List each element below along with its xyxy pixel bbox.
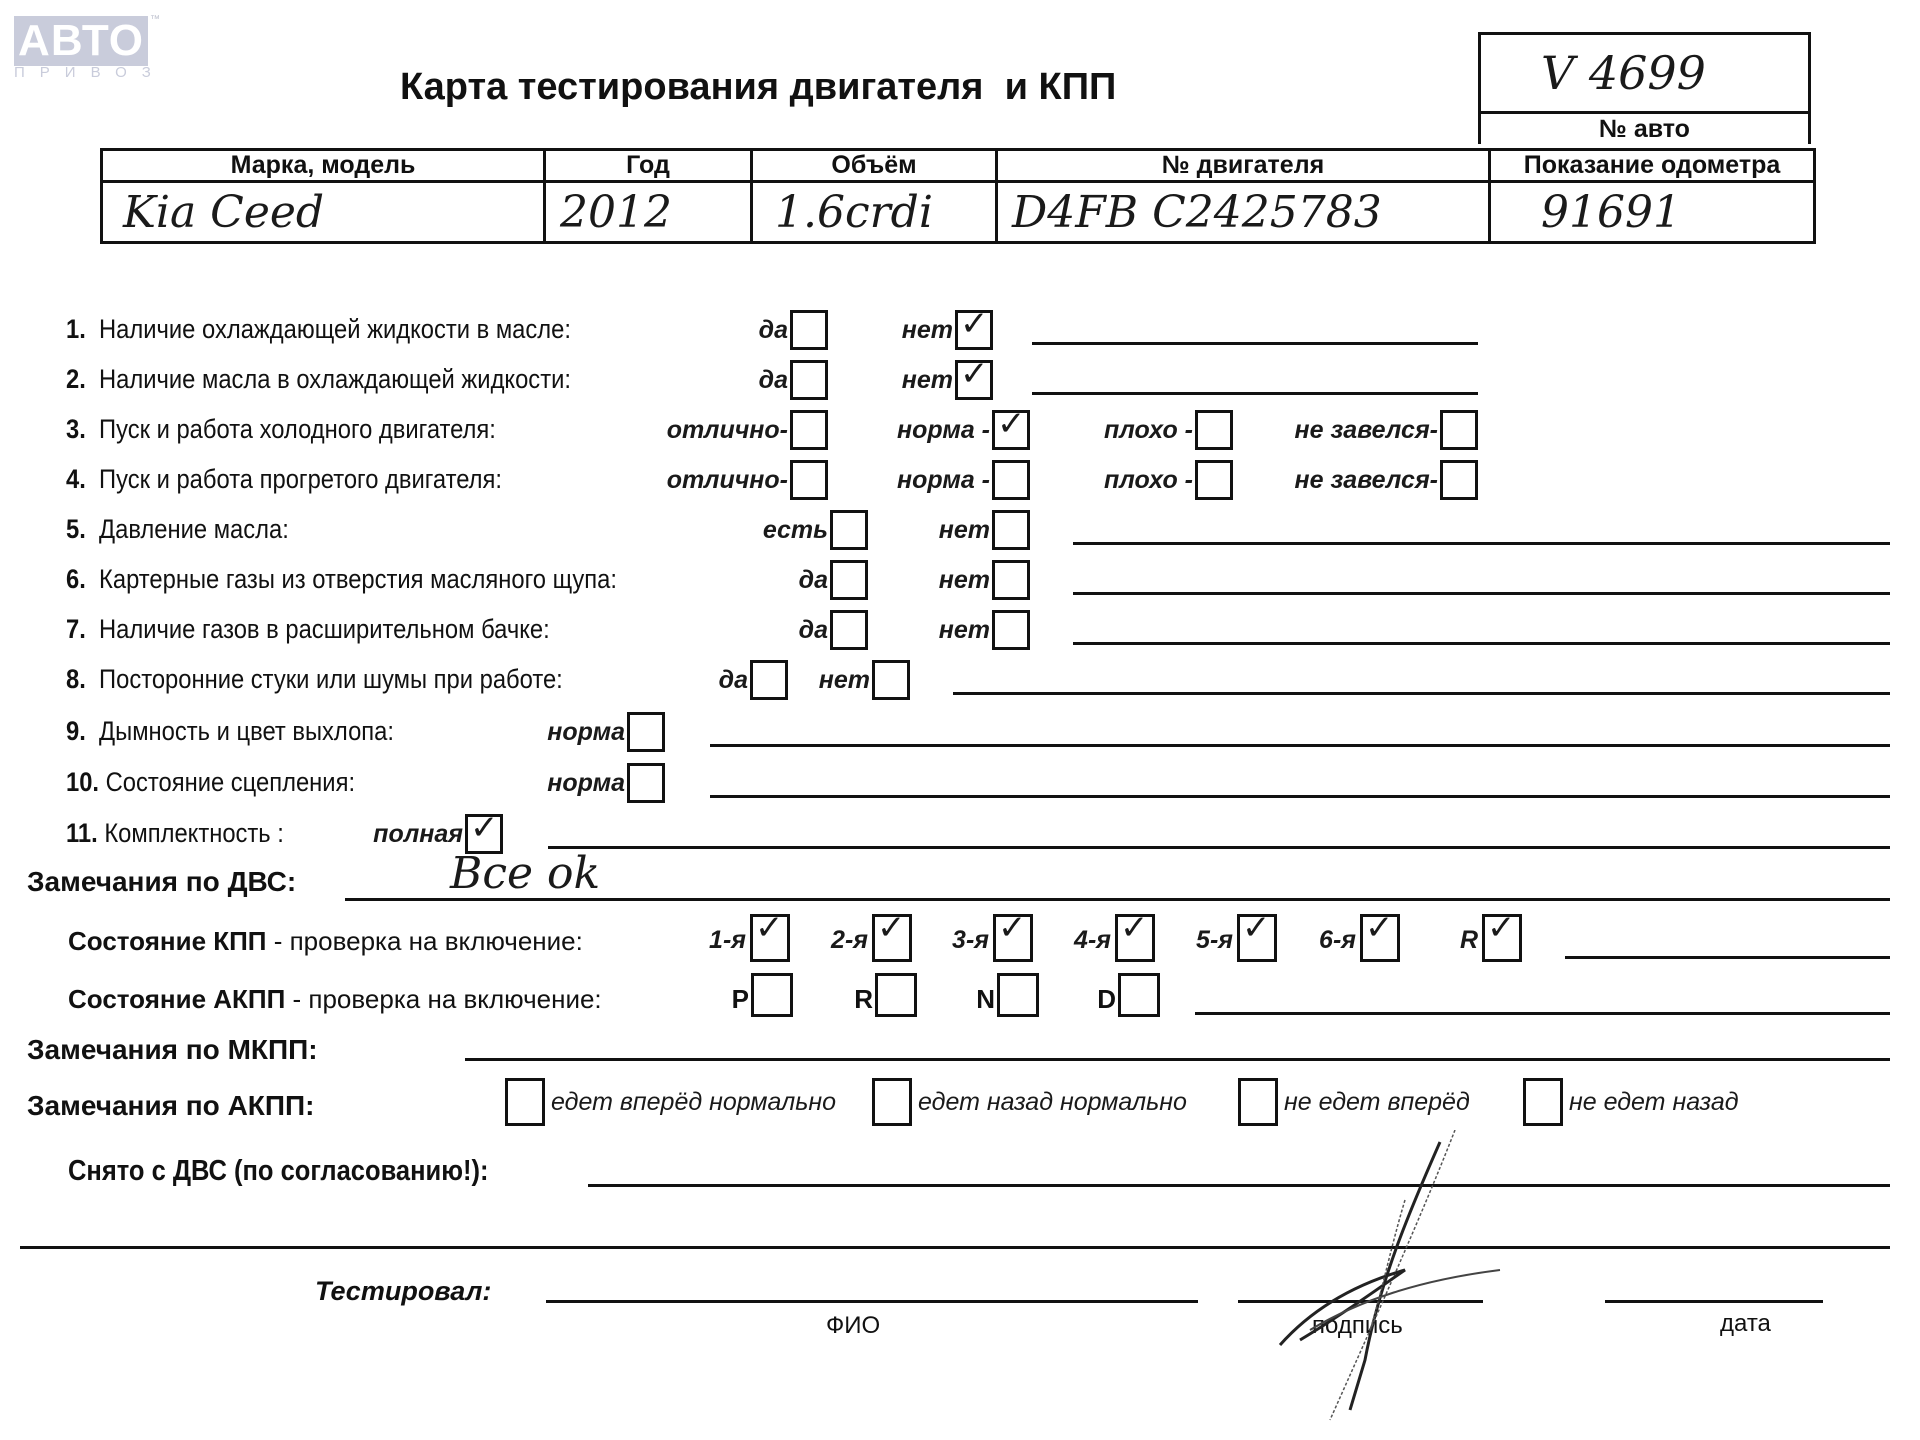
position-label: N — [976, 984, 995, 1015]
gear-checkbox[interactable]: ✓ — [1115, 914, 1155, 962]
checklist-label: 4. Пуск и работа прогретого двигателя: — [66, 464, 502, 495]
gear-label: 3-я — [952, 926, 989, 955]
option-label: нет — [939, 516, 990, 545]
item-number: 4. — [66, 464, 99, 494]
option-checkbox[interactable] — [1195, 410, 1233, 450]
option-label: норма — [547, 769, 625, 798]
auto-gearbox-label: Состояние АКПП - проверка на включение: — [68, 984, 602, 1015]
item-number: 8. — [66, 664, 99, 694]
manual-gearbox-label-bold: Состояние КПП — [68, 926, 267, 956]
year-value[interactable]: 2012 — [545, 182, 752, 243]
check-mark-icon: ✓ — [960, 307, 989, 341]
mkpp-remarks-line — [465, 1058, 1890, 1061]
gear-checkbox[interactable]: ✓ — [993, 914, 1033, 962]
item-text: Состояние сцепления: — [106, 767, 355, 797]
logo: АВТО — [14, 16, 148, 66]
akpp-option-label: не едет назад — [1569, 1088, 1739, 1117]
option-checkbox[interactable] — [992, 610, 1030, 650]
option-label: нет — [902, 316, 953, 345]
engine-number-value[interactable]: D4FB C2425783 — [997, 182, 1490, 243]
tested-by-label: Тестировал: — [315, 1276, 491, 1307]
date-caption: дата — [1720, 1310, 1771, 1338]
engine-remarks-label: Замечания по ДВС: — [27, 866, 296, 898]
col-volume: Объём — [752, 150, 997, 182]
check-mark-icon: ✓ — [755, 911, 784, 945]
check-mark-icon: ✓ — [997, 407, 1026, 441]
auto-number-box: V 4699 № авто — [1478, 32, 1811, 144]
checklist-label: 1. Наличие охлаждающей жидкости в масле: — [66, 314, 571, 345]
check-mark-icon: ✓ — [1487, 911, 1516, 945]
logo-subtitle: ПРИВОЗ — [14, 64, 166, 81]
col-odometer: Показание одометра — [1490, 150, 1815, 182]
removed-label: Снято с ДВС (по согласованию!): — [68, 1155, 489, 1188]
check-mark-icon: ✓ — [960, 357, 989, 391]
option-checkbox[interactable] — [830, 610, 868, 650]
item-number: 6. — [66, 564, 99, 594]
section-divider — [20, 1246, 1890, 1249]
option-checkbox[interactable] — [790, 410, 828, 450]
option-checkbox[interactable]: ✓ — [955, 310, 993, 350]
checklist-label: 8. Посторонние стуки или шумы при работе… — [66, 664, 563, 695]
option-label: есть — [763, 516, 828, 545]
item-number: 11. — [66, 818, 104, 848]
item-number: 1. — [66, 314, 99, 344]
comment-line[interactable] — [1032, 342, 1478, 345]
position-label: D — [1097, 984, 1116, 1015]
option-label: нет — [819, 666, 870, 695]
option-label: отлично- — [667, 466, 788, 495]
item-text: Комплектность : — [104, 818, 284, 848]
item-text: Давление масла: — [99, 514, 289, 544]
gear-checkbox[interactable]: ✓ — [1482, 914, 1522, 962]
option-checkbox[interactable] — [992, 460, 1030, 500]
item-number: 7. — [66, 614, 99, 644]
item-number: 3. — [66, 414, 99, 444]
option-checkbox[interactable] — [1195, 460, 1233, 500]
make-model-value[interactable]: Kia Ceed — [102, 182, 545, 243]
option-checkbox[interactable] — [1440, 460, 1478, 500]
manual-gearbox-label-rest: - проверка на включение: — [267, 926, 583, 956]
gear-checkbox[interactable]: ✓ — [1360, 914, 1400, 962]
option-checkbox[interactable] — [830, 510, 868, 550]
option-checkbox[interactable] — [992, 560, 1030, 600]
logo-trademark: ™ — [150, 14, 160, 25]
option-label: да — [799, 566, 828, 595]
item-text: Посторонние стуки или шумы при работе: — [99, 664, 563, 694]
checklist-label: 11. Комплектность : — [66, 818, 284, 849]
gear-label: R — [1460, 926, 1478, 955]
checklist-label: 6. Картерные газы из отверстия масляного… — [66, 564, 617, 595]
gear-checkbox[interactable]: ✓ — [872, 914, 912, 962]
checklist-label: 3. Пуск и работа холодного двигателя: — [66, 414, 496, 445]
gear-label: 2-я — [831, 926, 868, 955]
option-label: норма — [547, 718, 625, 747]
option-checkbox[interactable] — [750, 660, 788, 700]
check-mark-icon: ✓ — [1365, 911, 1394, 945]
akpp-option-label: не едет вперёд — [1284, 1088, 1470, 1117]
option-label: нет — [939, 616, 990, 645]
comment-line[interactable] — [1073, 642, 1890, 645]
removed-line — [588, 1184, 1890, 1187]
item-text: Наличие масла в охлаждающей жидкости: — [99, 364, 571, 394]
odometer-value[interactable]: 91691 — [1490, 182, 1815, 243]
checklist-label: 2. Наличие масла в охлаждающей жидкости: — [66, 364, 571, 395]
option-checkbox[interactable]: ✓ — [955, 360, 993, 400]
option-label: плохо - — [1104, 416, 1193, 445]
auto-gearbox-label-rest: - проверка на включение: — [285, 984, 601, 1014]
comment-line[interactable] — [1073, 592, 1890, 595]
option-checkbox[interactable] — [790, 460, 828, 500]
gear-checkbox[interactable]: ✓ — [1237, 914, 1277, 962]
engine-remarks-value[interactable]: Все ok — [450, 848, 600, 899]
check-mark-icon: ✓ — [1120, 911, 1149, 945]
fio-caption: ФИО — [826, 1312, 880, 1340]
position-checkbox[interactable] — [875, 973, 917, 1017]
akpp-option-checkbox[interactable] — [1523, 1078, 1563, 1126]
auto-gearbox-line — [1195, 1012, 1890, 1015]
gear-label: 1-я — [709, 926, 746, 955]
check-mark-icon: ✓ — [998, 911, 1027, 945]
item-text: Дымность и цвет выхлопа: — [99, 716, 394, 746]
option-checkbox[interactable] — [1440, 410, 1478, 450]
auto-number-label: № авто — [1481, 114, 1808, 144]
gear-label: 4-я — [1074, 926, 1111, 955]
mkpp-remarks-label: Замечания по МКПП: — [27, 1034, 318, 1066]
vehicle-info-table: Марка, модель Год Объём № двигателя Пока… — [100, 148, 1816, 244]
gear-checkbox[interactable]: ✓ — [750, 914, 790, 962]
fio-line[interactable] — [546, 1300, 1198, 1303]
item-text: Картерные газы из отверстия масляного щу… — [99, 564, 617, 594]
position-checkbox[interactable] — [751, 973, 793, 1017]
item-text: Пуск и работа прогретого двигателя: — [99, 464, 502, 494]
akpp-option-checkbox[interactable] — [872, 1078, 912, 1126]
option-label: плохо - — [1104, 466, 1193, 495]
comment-line[interactable] — [1073, 542, 1890, 545]
page-title: Карта тестирования двигателя и КПП — [400, 66, 1116, 109]
akpp-remarks-label: Замечания по АКПП: — [27, 1090, 314, 1122]
gear-label: 6-я — [1319, 926, 1356, 955]
option-checkbox[interactable]: ✓ — [992, 410, 1030, 450]
col-make-model: Марка, модель — [102, 150, 545, 182]
item-text: Наличие охлаждающей жидкости в масле: — [99, 314, 571, 344]
option-label: полная — [373, 820, 463, 849]
auto-gearbox-label-bold: Состояние АКПП — [68, 984, 285, 1014]
date-line[interactable] — [1605, 1300, 1823, 1303]
option-label: норма - — [897, 416, 990, 445]
option-checkbox[interactable] — [790, 360, 828, 400]
position-label: R — [854, 984, 873, 1015]
checklist-label: 5. Давление масла: — [66, 514, 289, 545]
akpp-option-label: едет назад нормально — [918, 1088, 1187, 1117]
volume-value[interactable]: 1.6crdi — [752, 182, 997, 243]
check-mark-icon: ✓ — [1242, 911, 1271, 945]
position-checkbox[interactable] — [997, 973, 1039, 1017]
option-label: да — [799, 616, 828, 645]
engine-remarks-line — [345, 898, 1890, 901]
option-checkbox[interactable] — [790, 310, 828, 350]
item-text: Пуск и работа холодного двигателя: — [99, 414, 496, 444]
option-label: отлично- — [667, 416, 788, 445]
item-number: 2. — [66, 364, 99, 394]
option-label: да — [759, 366, 788, 395]
comment-line[interactable] — [1032, 392, 1478, 395]
checklist-label: 9. Дымность и цвет выхлопа: — [66, 716, 394, 747]
option-checkbox[interactable] — [830, 560, 868, 600]
check-mark-icon: ✓ — [470, 811, 499, 845]
checklist-label: 7. Наличие газов в расширительном бачке: — [66, 614, 550, 645]
item-number: 9. — [66, 716, 99, 746]
option-checkbox[interactable] — [627, 712, 665, 752]
option-label: не завелся- — [1295, 416, 1438, 445]
manual-gearbox-label: Состояние КПП - проверка на включение: — [68, 926, 583, 957]
comment-line[interactable] — [710, 795, 1890, 798]
col-year: Год — [545, 150, 752, 182]
option-label: норма - — [897, 466, 990, 495]
akpp-option-checkbox[interactable] — [505, 1078, 545, 1126]
position-checkbox[interactable] — [1118, 973, 1160, 1017]
item-number: 10. — [66, 767, 106, 797]
comment-line[interactable] — [953, 692, 1890, 695]
option-checkbox[interactable] — [627, 763, 665, 803]
akpp-option-checkbox[interactable] — [1238, 1078, 1278, 1126]
check-mark-icon: ✓ — [877, 911, 906, 945]
option-checkbox[interactable] — [872, 660, 910, 700]
position-label: P — [732, 984, 749, 1015]
checklist-label: 10. Состояние сцепления: — [66, 767, 355, 798]
signature-scribble — [1270, 1130, 1510, 1430]
manual-gearbox-line — [1565, 956, 1890, 959]
item-number: 5. — [66, 514, 99, 544]
item-text: Наличие газов в расширительном бачке: — [99, 614, 550, 644]
akpp-option-label: едет вперёд нормально — [551, 1088, 836, 1117]
gear-label: 5-я — [1196, 926, 1233, 955]
option-checkbox[interactable] — [992, 510, 1030, 550]
option-label: нет — [902, 366, 953, 395]
option-label: нет — [939, 566, 990, 595]
option-label: да — [719, 666, 748, 695]
col-engine-number: № двигателя — [997, 150, 1490, 182]
comment-line[interactable] — [710, 744, 1890, 747]
auto-number-value[interactable]: V 4699 — [1481, 35, 1808, 114]
comment-line[interactable] — [548, 846, 1890, 849]
option-label: да — [759, 316, 788, 345]
option-label: не завелся- — [1295, 466, 1438, 495]
